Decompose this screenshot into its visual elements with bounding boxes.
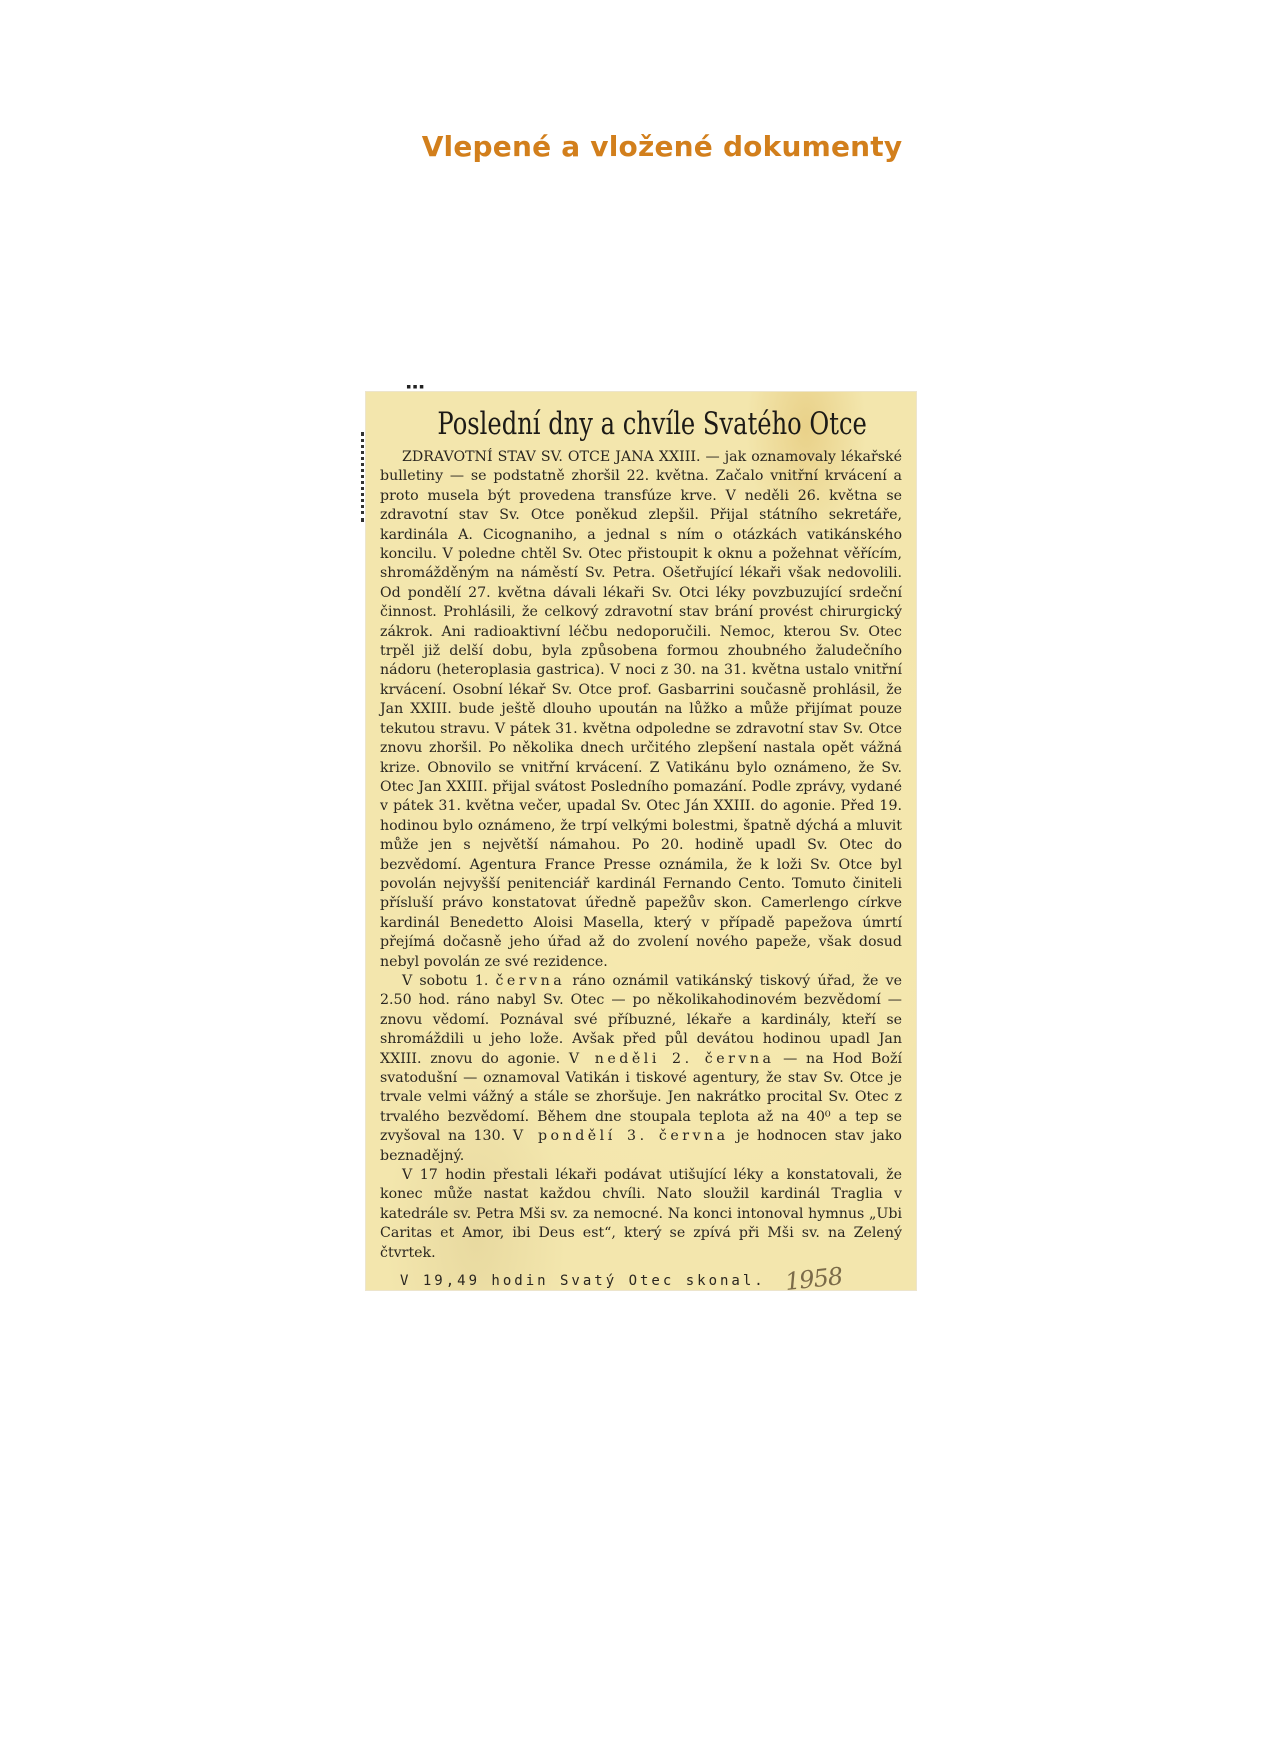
clipping-edge-marks: ▪▪▪ [406,382,425,392]
newspaper-clipping: ▪▪▪ Poslední dny a chvíle Svatého Otce Z… [366,392,916,1290]
page-heading: Vlepené a vložené dokumenty [0,130,1272,163]
spaced-date-3: V pondělí 3. června [513,1128,729,1144]
article-paragraph-1: ZDRAVOTNÍ STAV SV. OTCE JANA XXIII. — ja… [380,448,902,972]
clipping-left-edge-marks [361,432,367,522]
closing-line-text: V 19,49 hodin Svatý Otec skonal. [400,1273,766,1289]
article-paragraph-2: V sobotu 1. června ráno oznámil vatikáns… [380,972,902,1166]
spaced-date-2: V neděli 2. června [569,1051,775,1067]
paragraph-2-text-a: V sobotu 1. [402,973,495,989]
article-paragraph-3: V 17 hodin přestali lékaři podávat utišu… [380,1166,902,1263]
article-headline: Poslední dny a chvíle Svatého Otce [437,406,844,442]
handwritten-year-note: 1958 [784,1262,844,1296]
spaced-date-1: června [495,973,565,989]
closing-line: V 19,49 hodin Svatý Otec skonal. 1958 [380,1273,902,1289]
article-body: ZDRAVOTNÍ STAV SV. OTCE JANA XXIII. — ja… [380,448,902,1263]
